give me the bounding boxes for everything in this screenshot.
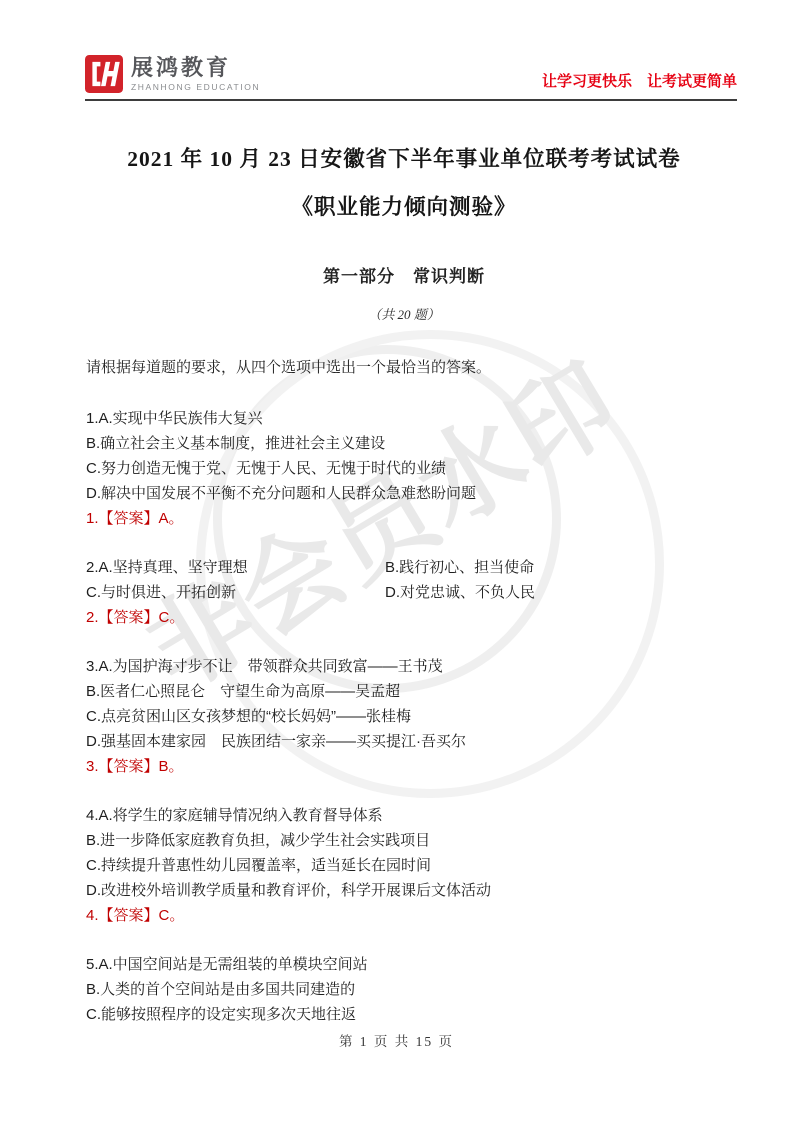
question-block: 3.A.为国护海寸步不让 带领群众共同致富——王书茂B.医者仁心照昆仑 守望生命… — [86, 654, 722, 779]
option-line: D.解决中国发展不平衡不充分问题和人民群众急难愁盼问题 — [86, 481, 722, 506]
page-header: 展鸿教育 ZHANHONG EDUCATION 让学习更快乐 让考试更简单 — [0, 0, 793, 93]
option-line: 4.A.将学生的家庭辅导情况纳入教育督导体系 — [86, 803, 722, 828]
question-block: 5.A.中国空间站是无需组装的单模块空间站B.人类的首个空间站是由多国共同建造的… — [86, 952, 722, 1027]
exam-paper-page: 非会员水印 展鸿教育 ZHANHONG EDUCATION 让学习更快乐 让考试… — [0, 0, 793, 1122]
brand-text: 展鸿教育 ZHANHONG EDUCATION — [131, 55, 260, 93]
brand-name-cn: 展鸿教育 — [131, 55, 260, 81]
option-line: 1.A.实现中华民族伟大复兴 — [86, 406, 722, 431]
header-divider — [85, 99, 737, 101]
question-list: 1.A.实现中华民族伟大复兴B.确立社会主义基本制度，推进社会主义建设C.努力创… — [86, 406, 722, 1027]
option-line: D.改进校外培训教学质量和教育评价，科学开展课后文体活动 — [86, 878, 722, 903]
option-line: 2.A.坚持真理、坚守理想 — [86, 555, 385, 580]
option-line: B.医者仁心照昆仑 守望生命为高原——吴孟超 — [86, 679, 722, 704]
option-line: B.人类的首个空间站是由多国共同建造的 — [86, 977, 722, 1002]
option-line: C.点亮贫困山区女孩梦想的“校长妈妈”——张桂梅 — [86, 704, 722, 729]
question-block: 4.A.将学生的家庭辅导情况纳入教育督导体系B.进一步降低家庭教育负担，减少学生… — [86, 803, 722, 928]
option-line: B.践行初心、担当使命 — [385, 555, 722, 580]
exam-title-line1: 2021 年 10 月 23 日安徽省下半年事业单位联考考试试卷 — [86, 146, 722, 172]
section-subtitle: （共 20 题） — [86, 306, 722, 323]
answer-line: 2.【答案】C。 — [86, 605, 722, 630]
answer-line: 1.【答案】A。 — [86, 506, 722, 531]
option-line: C.与时俱进、开拓创新 — [86, 580, 385, 605]
option-line: D.对党忠诚、不负人民 — [385, 580, 722, 605]
header-slogan: 让学习更快乐 让考试更简单 — [542, 73, 737, 93]
option-line: D.强基固本建家园 民族团结一家亲——买买提江·吾买尔 — [86, 729, 722, 754]
brand-name-en: ZHANHONG EDUCATION — [131, 81, 260, 93]
answer-line: 4.【答案】C。 — [86, 903, 722, 928]
instruction-text: 请根据每道题的要求，从四个选项中选出一个最恰当的答案。 — [86, 355, 722, 380]
option-line: C.能够按照程序的设定实现多次天地往返 — [86, 1002, 722, 1027]
option-line: B.进一步降低家庭教育负担，减少学生社会实践项目 — [86, 828, 722, 853]
document-body: 2021 年 10 月 23 日安徽省下半年事业单位联考考试试卷 《职业能力倾向… — [0, 146, 793, 1027]
zhanhong-logo-icon — [85, 55, 123, 93]
exam-title-line2: 《职业能力倾向测验》 — [86, 194, 722, 220]
option-line: B.确立社会主义基本制度，推进社会主义建设 — [86, 431, 722, 456]
section-title: 第一部分 常识判断 — [86, 266, 722, 288]
question-block: 2.A.坚持真理、坚守理想B.践行初心、担当使命C.与时俱进、开拓创新D.对党忠… — [86, 555, 722, 630]
option-line: 3.A.为国护海寸步不让 带领群众共同致富——王书茂 — [86, 654, 722, 679]
brand-logo: 展鸿教育 ZHANHONG EDUCATION — [85, 55, 260, 93]
question-block: 1.A.实现中华民族伟大复兴B.确立社会主义基本制度，推进社会主义建设C.努力创… — [86, 406, 722, 531]
page-number-footer: 第 1 页 共 15 页 — [0, 1030, 793, 1050]
option-line: 5.A.中国空间站是无需组装的单模块空间站 — [86, 952, 722, 977]
option-line: C.持续提升普惠性幼儿园覆盖率，适当延长在园时间 — [86, 853, 722, 878]
answer-line: 3.【答案】B。 — [86, 754, 722, 779]
option-line: C.努力创造无愧于党、无愧于人民、无愧于时代的业绩 — [86, 456, 722, 481]
